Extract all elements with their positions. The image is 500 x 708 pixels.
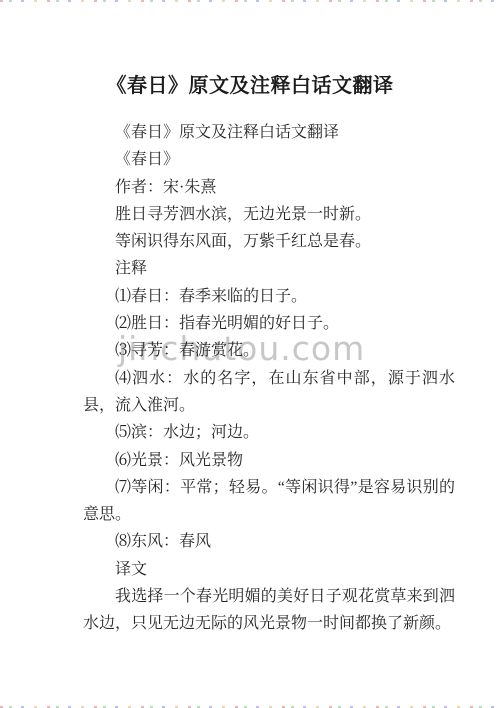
paragraph: ⑻东风：春风 — [83, 528, 455, 555]
paragraph: ⑴春日：春季来临的日子。 — [83, 283, 455, 310]
paragraph: ⑺等闲：平常；轻易。“等闲识得”是容易识别的意思。 — [83, 474, 455, 529]
document-title: 《春日》原文及注释白话文翻译 — [0, 69, 500, 98]
paragraph: 作者：宋·朱熹 — [83, 174, 455, 201]
paragraph: ⑹光景：风光景物 — [83, 447, 455, 474]
paragraph: ⑸滨：水边；河边。 — [83, 419, 455, 446]
document-page: 《春日》原文及注释白话文翻译 jinchutou.com 《春日》原文及注释白话… — [0, 0, 500, 708]
paragraph: ⑵胜日：指春光明媚的好日子。 — [83, 310, 455, 337]
document-body: 《春日》原文及注释白话文翻译《春日》作者：宋·朱熹胜日寻芳泗水滨，无边光景一时新… — [83, 119, 455, 638]
paragraph: 译文 — [83, 556, 455, 583]
paragraph: ⑷泗水：水的名字，在山东省中部，源于泗水县，流入淮河。 — [83, 365, 455, 420]
paragraph: 注释 — [83, 255, 455, 282]
paragraph: 《春日》 — [83, 146, 455, 173]
paragraph: 等闲识得东风面，万紫千红总是春。 — [83, 228, 455, 255]
scan-noise-top-edge — [0, 0, 500, 2]
paragraph: 胜日寻芳泗水滨，无边光景一时新。 — [83, 201, 455, 228]
paragraph: 我选择一个春光明媚的美好日子观花赏草来到泗水边，只见无边无际的风光景物一时间都换… — [83, 583, 455, 638]
paragraph: ⑶寻芳：春游赏花。 — [83, 337, 455, 364]
paragraph: 《春日》原文及注释白话文翻译 — [83, 119, 455, 146]
